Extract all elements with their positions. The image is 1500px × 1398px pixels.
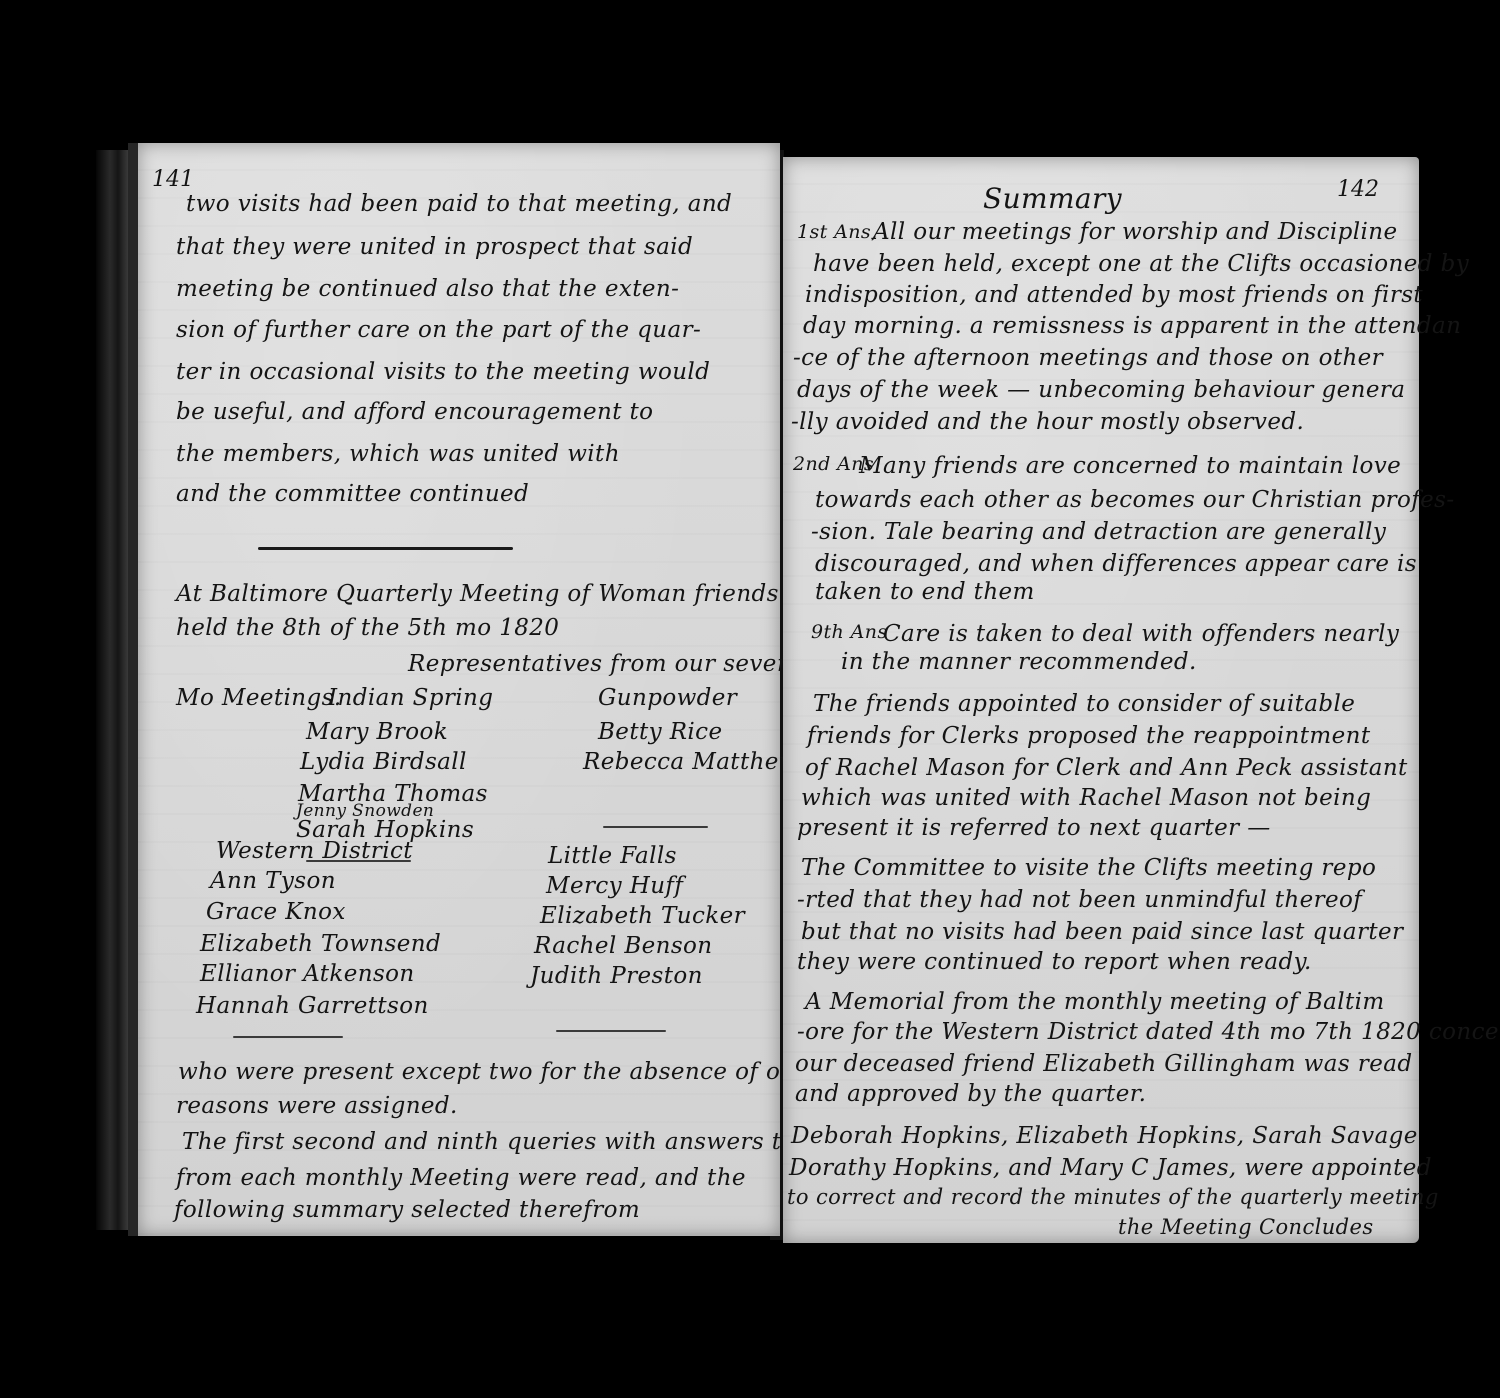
text-line: that they were united in prospect that s…	[176, 236, 693, 259]
summary-title: Summary	[983, 185, 1122, 213]
representative-name: Mercy Huff	[546, 875, 683, 898]
text-line: of Rachel Mason for Clerk and Ann Peck a…	[805, 757, 1408, 780]
section-divider	[258, 547, 513, 550]
representative-name: Mary Brook	[306, 721, 448, 744]
text-line: day morning. a remissness is apparent in…	[803, 315, 1461, 338]
meeting-name: Indian Spring	[328, 687, 493, 710]
text-line: Many friends are concerned to maintain l…	[859, 455, 1401, 478]
representative-name: Hannah Garrettson	[196, 995, 429, 1018]
text-line: The Committee to visite the Clifts meeti…	[801, 857, 1376, 880]
text-line: A Memorial from the monthly meeting of B…	[805, 991, 1385, 1014]
text-line: taken to end them	[815, 581, 1035, 604]
text-line: discouraged, and when differences appear…	[815, 553, 1417, 576]
text-line: All our meetings for worship and Discipl…	[873, 221, 1398, 244]
text-line: present it is referred to next quarter —	[797, 817, 1271, 840]
text-line: -ore for the Western District dated 4th …	[797, 1021, 1500, 1044]
text-line: and the committee continued	[176, 483, 529, 506]
representatives-heading: Representatives from our several	[408, 653, 810, 676]
text-line: following summary selected therefrom	[174, 1199, 640, 1222]
group-divider	[233, 1036, 343, 1038]
text-line: to correct and record the minutes of the…	[787, 1187, 1439, 1208]
left-page: 141 two visits had been paid to that mee…	[128, 143, 780, 1236]
representative-name: Rachel Benson	[534, 935, 713, 958]
page-number-left: 141	[152, 167, 194, 192]
text-line: have been held, except one at the Clifts…	[813, 253, 1469, 276]
meeting-name: Gunpowder	[598, 687, 737, 710]
representative-name: Grace Knox	[206, 901, 346, 924]
meeting-name: Western District	[216, 840, 413, 863]
answer-label: 9th Ans	[811, 623, 888, 642]
text-line: Deborah Hopkins, Elizabeth Hopkins, Sara…	[791, 1125, 1418, 1148]
text-line: reasons were assigned.	[176, 1095, 458, 1118]
group-divider	[556, 1030, 666, 1032]
representative-name: Ellianor Atkenson	[200, 963, 415, 986]
right-page: 142 Summary 1st Ans, All our meetings fo…	[783, 157, 1419, 1243]
text-line: indisposition, and attended by most frie…	[805, 284, 1423, 307]
text-line: Care is taken to deal with offenders nea…	[883, 623, 1399, 646]
text-line: days of the week — unbecoming behaviour …	[797, 379, 1405, 402]
text-line: friends for Clerks proposed the reappoin…	[807, 725, 1370, 748]
text-line: -lly avoided and the hour mostly observe…	[791, 411, 1304, 434]
text-line: from each monthly Meeting were read, and…	[176, 1167, 746, 1190]
text-line: they were continued to report when ready…	[797, 951, 1312, 974]
meeting-name: Little Falls	[548, 845, 677, 868]
text-line: -sion. Tale bearing and detraction are g…	[811, 521, 1386, 544]
meeting-heading: At Baltimore Quarterly Meeting of Woman …	[176, 583, 779, 606]
meeting-concludes: the Meeting Concludes	[1118, 1217, 1374, 1238]
text-line: which was united with Rachel Mason not b…	[801, 787, 1371, 810]
representative-name: Rebecca Matthews	[583, 751, 811, 774]
representative-name: Judith Preston	[530, 965, 703, 988]
representative-name: Elizabeth Tucker	[540, 905, 745, 928]
text-line: -rted that they had not been unmindful t…	[797, 889, 1362, 912]
representative-name: Ann Tyson	[210, 870, 336, 893]
text-line: Dorathy Hopkins, and Mary C James, were …	[789, 1157, 1432, 1180]
text-line: our deceased friend Elizabeth Gillingham…	[795, 1053, 1412, 1076]
text-line: sion of further care on the part of the …	[176, 319, 701, 342]
text-line: but that no visits had been paid since l…	[801, 921, 1403, 944]
text-line: and approved by the quarter.	[795, 1083, 1146, 1106]
text-line: towards each other as becomes our Christ…	[815, 489, 1455, 512]
group-divider	[603, 826, 708, 828]
text-line: the members, which was united with	[176, 443, 620, 466]
text-line: meeting be continued also that the exten…	[176, 278, 679, 301]
page-number-right: 142	[1337, 177, 1379, 202]
mo-meetings-label: Mo Meetings.	[176, 687, 342, 710]
meeting-date: held the 8th of the 5th mo 1820	[176, 617, 559, 640]
representative-name: Elizabeth Townsend	[200, 933, 441, 956]
representative-name: Betty Rice	[598, 721, 722, 744]
text-line: who were present except two for the abse…	[178, 1061, 809, 1084]
text-line: ter in occasional visits to the meeting …	[176, 361, 710, 384]
representative-name: Lydia Birdsall	[300, 751, 467, 774]
text-line: The friends appointed to consider of sui…	[813, 693, 1355, 716]
text-line: -ce of the afternoon meetings and those …	[793, 347, 1383, 370]
text-line: be useful, and afford encouragement to	[176, 401, 653, 424]
answer-label: 1st Ans,	[797, 223, 877, 242]
text-line: two visits had been paid to that meeting…	[186, 193, 732, 216]
text-line: in the manner recommended.	[841, 651, 1197, 674]
text-line: The first second and ninth queries with …	[182, 1131, 860, 1154]
